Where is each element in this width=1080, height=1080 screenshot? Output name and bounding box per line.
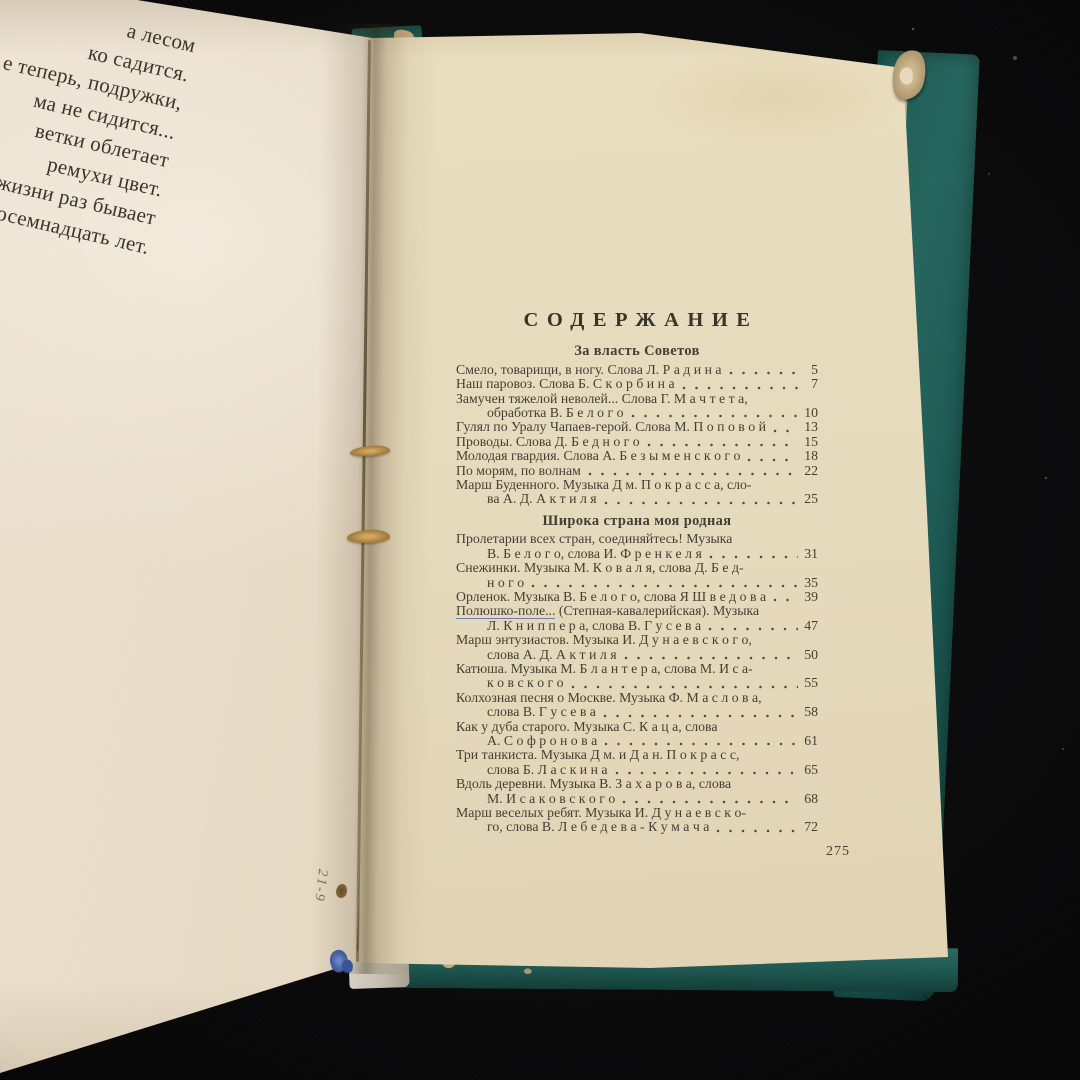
toc-entry-text: А. С о ф р о н о в а — [487, 734, 597, 748]
toc-entry-text: Три танкиста. Музыка Д м. и Д а н. П о к… — [456, 748, 739, 762]
toc-entry-text: слова В. Г у с е в а — [487, 705, 596, 719]
ink-blot — [336, 884, 347, 898]
toc-entry-page-number: 72 — [800, 820, 818, 834]
toc-entry-text: к о в с к о г о — [487, 676, 564, 690]
toc-entry-text: Смело, товарищи, в ногу. Слова Л. Р а д … — [456, 363, 722, 377]
handwritten-pencil-mark: 21-9 — [310, 868, 330, 903]
toc-entry-text: По морям, по волнам — [456, 464, 581, 478]
ink-underlined-text: Катюша. — [456, 662, 507, 676]
toc-entry-line: Пролетарии всех стран, соединяйтесь! Муз… — [456, 532, 818, 546]
ink-underlined-text: Полюшко-поле... — [456, 604, 555, 618]
toc-entry-text: н о г о — [487, 576, 524, 590]
toc-entry-text: Пролетарии всех стран, соединяйтесь! Муз… — [456, 532, 732, 546]
toc-entry-line: Гулял по Уралу Чапаев-герой. Слова М. П … — [456, 420, 818, 434]
toc-entry-page-number: 39 — [800, 590, 818, 604]
toc-entry-line: По морям, по волнам22 — [456, 464, 818, 478]
toc-entry-line: слова В. Г у с е в а58 — [456, 705, 818, 719]
toc-entry-text: Молодая гвардия. Слова А. Б е з ы м е н … — [456, 449, 740, 463]
toc-entry-line: Как у дуба старого. Музыка С. К а ц а, с… — [456, 720, 818, 734]
toc-dot-leader — [729, 365, 798, 376]
toc-entry-text: ва А. Д. А к т и л я — [487, 492, 597, 506]
toc-entry-text: Проводы. Слова Д. Б е д н о г о — [456, 435, 640, 449]
toc-entry-page-number: 22 — [800, 464, 818, 478]
toc-dot-leader — [747, 452, 798, 463]
page-number: 275 — [788, 844, 850, 860]
toc-entry-line: Марш веселых ребят. Музыка И. Д у н а е … — [456, 806, 818, 820]
toc-dot-leader — [604, 736, 798, 747]
toc-entry-line: Снежинки. Музыка М. К о в а л я, слова Д… — [456, 561, 818, 575]
toc-entry-text: Марш Буденного. Музыка Д м. П о к р а с … — [456, 478, 752, 492]
toc-dot-leader — [622, 794, 798, 805]
toc-dot-leader — [571, 679, 798, 690]
toc-entry-text: Замучен тяжелой неволей... Слова Г. М а … — [456, 392, 748, 406]
toc-entry-line: Три танкиста. Музыка Д м. и Д а н. П о к… — [456, 748, 818, 762]
toc-entry-line: н о г о35 — [456, 576, 818, 590]
toc-section-heading: За власть Советов — [456, 344, 818, 358]
toc-section-heading: Широка страна моя родная — [456, 514, 818, 528]
toc-dot-leader — [647, 437, 798, 448]
poem-fragment: а лесомко садится.е теперь, подружки,ма … — [0, 0, 199, 262]
toc-entry-line: слова А. Д. А к т и л я50 — [456, 648, 818, 662]
toc-body: За власть СоветовСмело, товарищи, в ногу… — [456, 344, 818, 834]
toc-entry-page-number: 35 — [800, 576, 818, 590]
toc-entry-page-number: 47 — [800, 619, 818, 633]
toc-entry-line: ва А. Д. А к т и л я25 — [456, 492, 818, 506]
toc-entry-line: Вдоль деревни. Музыка В. З а х а р о в а… — [456, 777, 818, 791]
toc-entry-text: Орленок. Музыка В. Б е л о г о, слова Я … — [456, 590, 766, 604]
toc-entry-line: Л. К н и п п е р а, слова В. Г у с е в а… — [456, 619, 818, 633]
toc-entry-line: к о в с к о г о55 — [456, 676, 818, 690]
toc-entry-page-number: 31 — [800, 547, 818, 561]
toc-entry-line: обработка В. Б е л о г о10 — [456, 406, 818, 420]
toc-dot-leader — [716, 823, 798, 834]
toc-entry-text: го, слова В. Л е б е д е в а - К у м а ч… — [487, 820, 709, 834]
toc-entry-text: Снежинки. Музыка М. К о в а л я, слова Д… — [456, 561, 744, 575]
toc-dot-leader — [615, 765, 798, 776]
toc-entry-text: Катюша. Музыка М. Б л а н т е р а, слова… — [456, 662, 753, 676]
toc-entry-text: Вдоль деревни. Музыка В. З а х а р о в а… — [456, 777, 731, 791]
toc-entry-text: обработка В. Б е л о г о — [487, 406, 624, 420]
book-photo-scene: а лесомко садится.е теперь, подружки,ма … — [0, 0, 1080, 1080]
toc-entry-page-number: 18 — [800, 449, 818, 463]
toc-entry-line: Марш энтузиастов. Музыка И. Д у н а е в … — [456, 633, 818, 647]
toc-entry-page-number: 61 — [800, 734, 818, 748]
toc-entry-line: М. И с а к о в с к о г о68 — [456, 792, 818, 806]
toc-dot-leader — [708, 621, 798, 632]
toc-entry-text: М. И с а к о в с к о г о — [487, 792, 615, 806]
toc-entry-line: А. С о ф р о н о в а61 — [456, 734, 818, 748]
toc-entry-page-number: 68 — [800, 792, 818, 806]
toc-dot-leader — [773, 423, 798, 434]
toc-entry-line: Наш паровоз. Слова Б. С к о р б и н а7 — [456, 377, 818, 391]
toc-dot-leader — [603, 708, 798, 719]
toc-entry-page-number: 65 — [800, 763, 818, 777]
toc-dot-leader — [682, 380, 798, 391]
toc-entry-line: Колхозная песня о Москве. Музыка Ф. М а … — [456, 691, 818, 705]
toc-entry-line: слова Б. Л а с к и н а65 — [456, 763, 818, 777]
toc-entry-page-number: 55 — [800, 676, 818, 690]
toc-entry-text: слова А. Д. А к т и л я — [487, 648, 617, 662]
toc-entry-line: В. Б е л о г о, слова И. Ф р е н к е л я… — [456, 547, 818, 561]
toc-dot-leader — [531, 578, 798, 589]
toc-dot-leader — [773, 592, 798, 603]
toc-entry-page-number: 13 — [800, 420, 818, 434]
toc-entry-page-number: 10 — [800, 406, 818, 420]
toc-entry-text: Колхозная песня о Москве. Музыка Ф. М а … — [456, 691, 762, 705]
toc-dot-leader — [709, 549, 798, 560]
toc-entry-text: В. Б е л о г о, слова И. Ф р е н к е л я — [487, 547, 702, 561]
toc-entry-text: Марш энтузиастов. Музыка И. Д у н а е в … — [456, 633, 752, 647]
toc-entry-text: Полюшко-поле... (Степная-кавалерийская).… — [456, 604, 759, 618]
toc-entry-text: Марш веселых ребят. Музыка И. Д у н а е … — [456, 806, 746, 820]
toc-entry-line: Полюшко-поле... (Степная-кавалерийская).… — [456, 604, 818, 618]
toc-entry-text: Как у дуба старого. Музыка С. К а ц а, с… — [456, 720, 717, 734]
toc-entry-text: Л. К н и п п е р а, слова В. Г у с е в а — [487, 619, 701, 633]
toc-entry-line: го, слова В. Л е б е д е в а - К у м а ч… — [456, 820, 818, 834]
toc-dot-leader — [588, 466, 798, 477]
toc-entry-page-number: 25 — [800, 492, 818, 506]
toc-entry-line: Молодая гвардия. Слова А. Б е з ы м е н … — [456, 449, 818, 463]
toc-entry-page-number: 50 — [800, 648, 818, 662]
toc-entry-page-number: 5 — [800, 363, 818, 377]
toc-title: СОДЕРЖАНИЕ — [456, 313, 818, 327]
toc-entry-line: Орленок. Музыка В. Б е л о г о, слова Я … — [456, 590, 818, 604]
toc-entry-line: Проводы. Слова Д. Б е д н о г о15 — [456, 435, 818, 449]
toc-dot-leader — [624, 650, 798, 661]
toc-entry-text: Гулял по Уралу Чапаев-герой. Слова М. П … — [456, 420, 766, 434]
toc-dot-leader — [604, 495, 798, 506]
toc-entry-text: Наш паровоз. Слова Б. С к о р б и н а — [456, 377, 675, 391]
toc-entry-line: Смело, товарищи, в ногу. Слова Л. Р а д … — [456, 363, 818, 377]
toc-entry-page-number: 15 — [800, 435, 818, 449]
table-of-contents: СОДЕРЖАНИЕ За власть СоветовСмело, товар… — [456, 313, 818, 835]
toc-entry-line: Катюша. Музыка М. Б л а н т е р а, слова… — [456, 662, 818, 676]
toc-entry-page-number: 58 — [800, 705, 818, 719]
toc-dot-leader — [631, 408, 798, 419]
toc-entry-text: слова Б. Л а с к и н а — [487, 763, 608, 777]
toc-entry-page-number: 7 — [800, 377, 818, 391]
toc-entry-line: Замучен тяжелой неволей... Слова Г. М а … — [456, 392, 818, 406]
toc-entry-line: Марш Буденного. Музыка Д м. П о к р а с … — [456, 478, 818, 492]
